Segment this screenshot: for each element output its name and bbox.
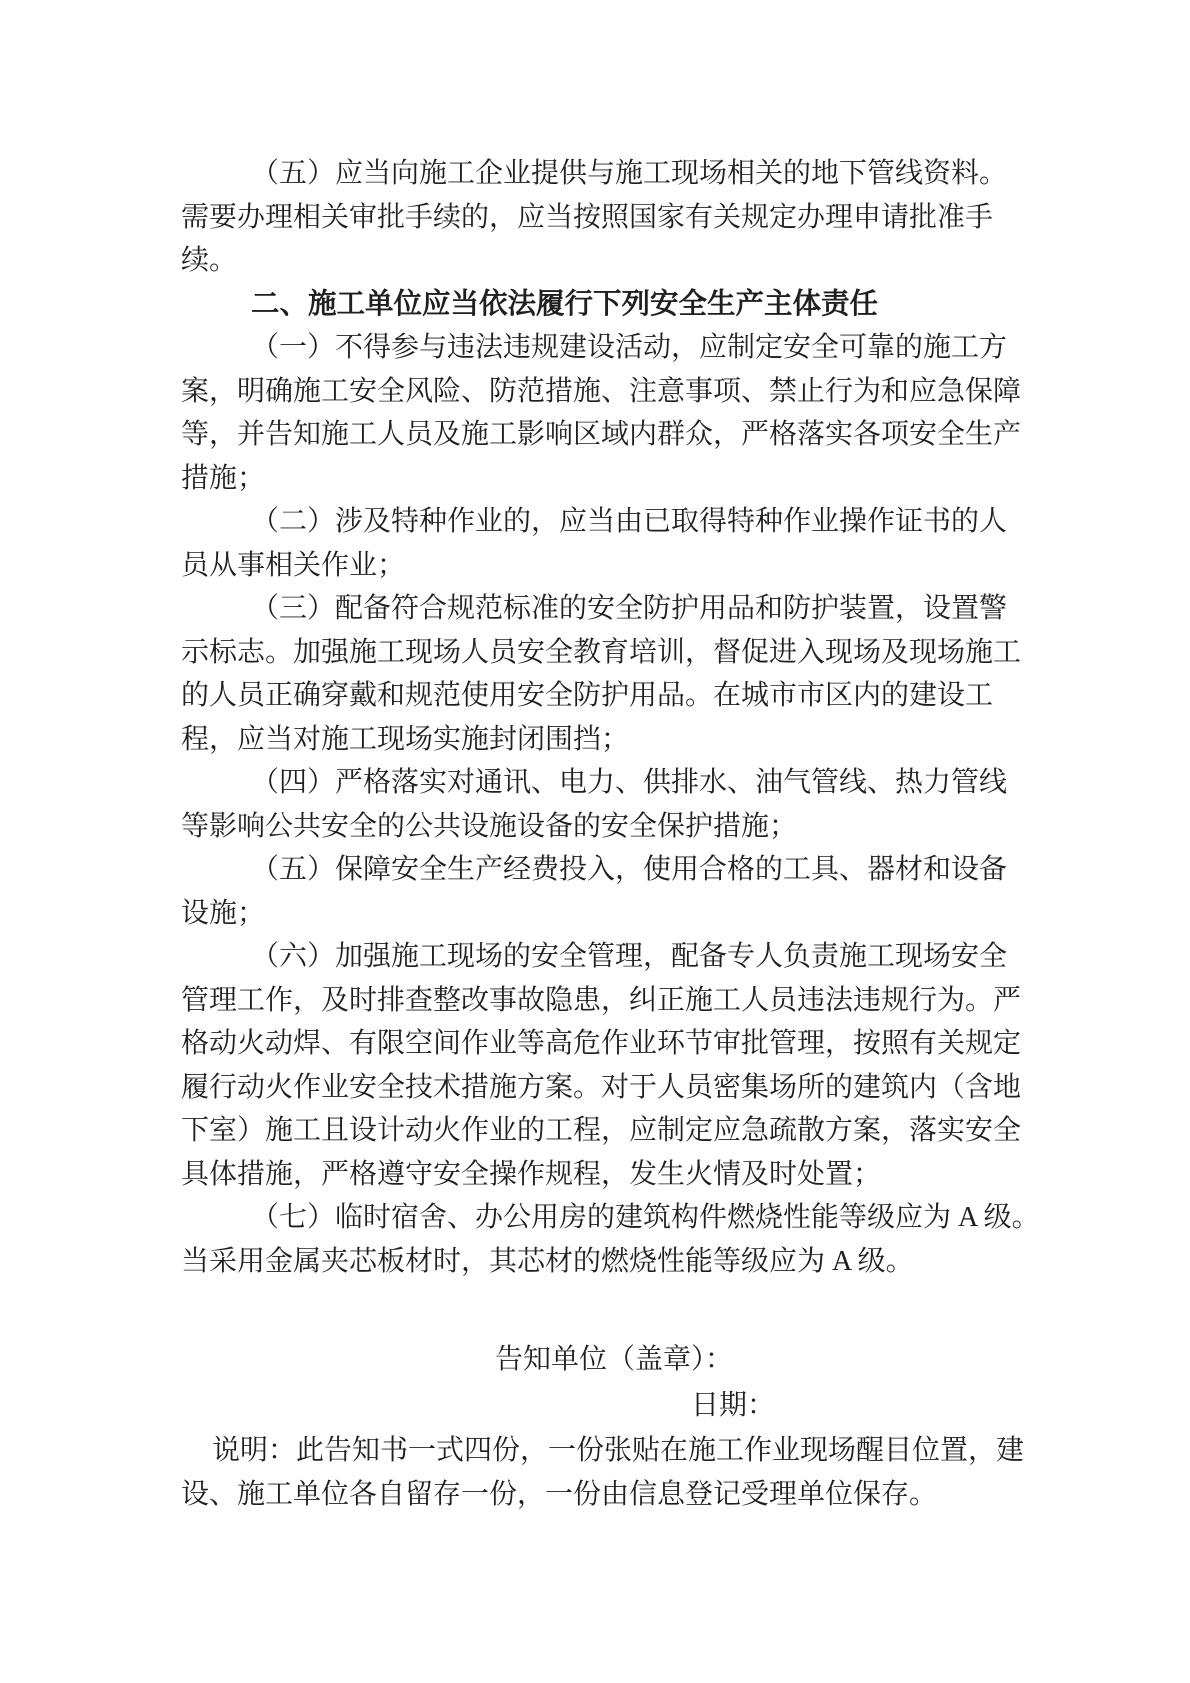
paragraph-line: 履行动火作业安全技术措施方案。对于人员密集场所的建筑内（含地 [181, 1066, 1021, 1110]
paragraph-line: 具体措施，严格遵守安全操作规程，发生火情及时处置； [181, 1153, 1021, 1197]
paragraph-line: 设施； [181, 892, 1021, 936]
note-line: 设、施工单位各自留存一份，一份由信息登记受理单位保存。 [181, 1473, 1021, 1517]
paragraph-line: 续。 [181, 239, 1021, 283]
note-line: 说明：此告知书一式四份，一份张贴在施工作业现场醒目位置，建 [181, 1429, 1021, 1473]
note-block: 说明：此告知书一式四份，一份张贴在施工作业现场醒目位置，建 设、施工单位各自留存… [181, 1429, 1021, 1516]
paragraph-line: 需要办理相关审批手续的，应当按照国家有关规定办理申请批准手 [181, 196, 1021, 240]
paragraph-line: 当采用金属夹芯板材时，其芯材的燃烧性能等级应为 A 级。 [181, 1240, 1021, 1284]
paragraph-line: 管理工作，及时排查整改事故隐患，纠正施工人员违法违规行为。严 [181, 979, 1021, 1023]
signature-unit-line: 告知单位（盖章）： [181, 1337, 1021, 1383]
paragraph-line: 案，明确施工安全风险、防范措施、注意事项、禁止行为和应急保障 [181, 370, 1021, 414]
paragraph-line: （二）涉及特种作业的，应当由已取得特种作业操作证书的人 [181, 500, 1021, 544]
paragraph-line: （五）保障安全生产经费投入，使用合格的工具、器材和设备 [181, 848, 1021, 892]
paragraph-line: 等影响公共安全的公共设施设备的安全保护措施； [181, 805, 1021, 849]
paragraph-line: 等，并告知施工人员及施工影响区域内群众，严格落实各项安全生产 [181, 413, 1021, 457]
paragraph-line: （六）加强施工现场的安全管理，配备专人负责施工现场安全 [181, 935, 1021, 979]
signature-block: 告知单位（盖章）： 日期： [181, 1337, 1021, 1429]
paragraph-line: 程，应当对施工现场实施封闭围挡； [181, 718, 1021, 762]
paragraph-line: 示标志。加强施工现场人员安全教育培训，督促进入现场及现场施工 [181, 631, 1021, 675]
paragraph-line: 员从事相关作业； [181, 544, 1021, 588]
paragraph-line: 格动火动焊、有限空间作业等高危作业环节审批管理，按照有关规定 [181, 1022, 1021, 1066]
paragraph-line: （四）严格落实对通讯、电力、供排水、油气管线、热力管线 [181, 761, 1021, 805]
paragraph-line: 的人员正确穿戴和规范使用安全防护用品。在城市市区内的建设工 [181, 674, 1021, 718]
signature-date-line: 日期： [181, 1383, 1021, 1429]
paragraph-line: （一）不得参与违法违规建设活动，应制定安全可靠的施工方 [181, 326, 1021, 370]
paragraph-line: 下室）施工且设计动火作业的工程，应制定应急疏散方案，落实安全 [181, 1109, 1021, 1153]
paragraph-line: （五）应当向施工企业提供与施工现场相关的地下管线资料。 [181, 152, 1021, 196]
paragraph-line: （七）临时宿舍、办公用房的建筑构件燃烧性能等级应为 A 级。 [181, 1196, 1021, 1240]
section-heading: 二、施工单位应当依法履行下列安全生产主体责任 [181, 283, 1021, 327]
paragraph-line: （三）配备符合规范标准的安全防护用品和防护装置，设置警 [181, 587, 1021, 631]
document-page: （五）应当向施工企业提供与施工现场相关的地下管线资料。 需要办理相关审批手续的，… [0, 0, 1190, 1683]
paragraph-line: 措施； [181, 457, 1021, 501]
document-body: （五）应当向施工企业提供与施工现场相关的地下管线资料。 需要办理相关审批手续的，… [181, 152, 1021, 1516]
